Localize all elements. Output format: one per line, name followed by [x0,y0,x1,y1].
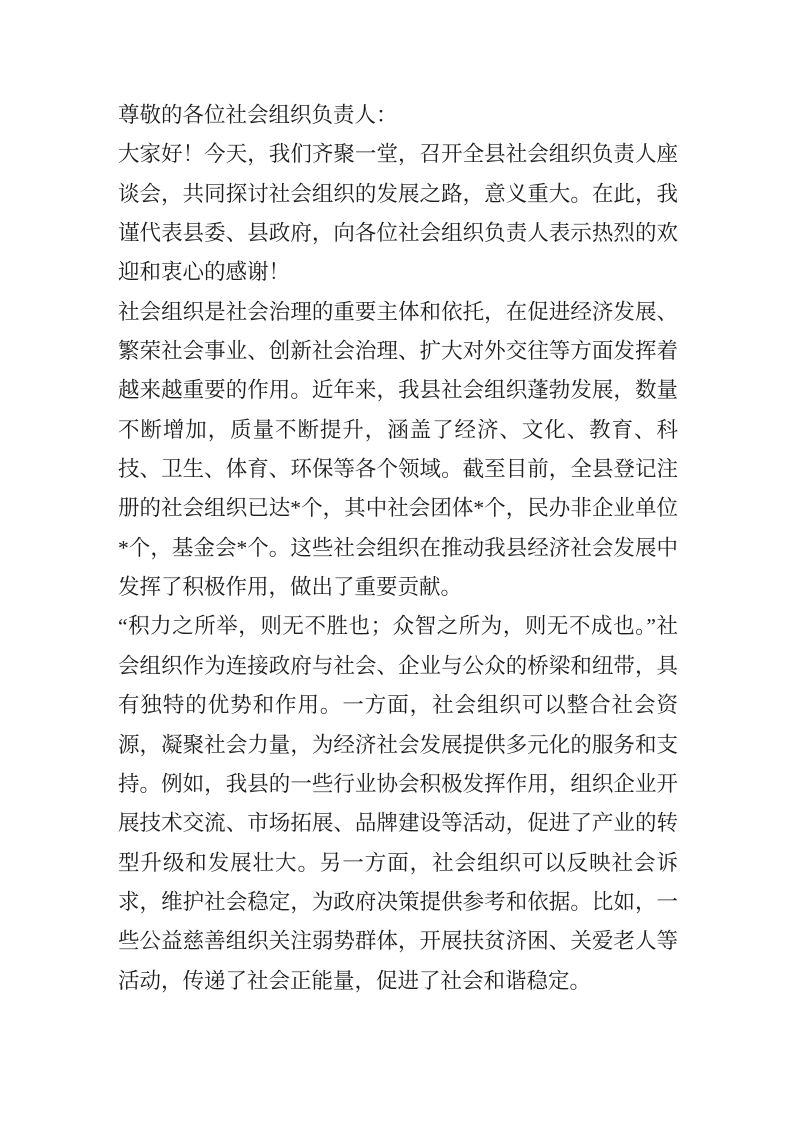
document-body: 尊敬的各位社会组织负责人： 大家好！今天，我们齐聚一堂，召开全县社会组织负责人座… [118,96,678,1001]
document-page: 尊敬的各位社会组织负责人： 大家好！今天，我们齐聚一堂，召开全县社会组织负责人座… [0,0,793,1122]
body-paragraph-overview: 社会组织是社会治理的重要主体和依托，在促进经济发展、繁荣社会事业、创新社会治理、… [118,293,678,608]
body-paragraph-quote: “积力之所举，则无不胜也；众智之所为，则无不成也。”社会组织作为连接政府与社会、… [118,607,678,1000]
greeting-paragraph: 大家好！今天，我们齐聚一堂，召开全县社会组织负责人座谈会，共同探讨社会组织的发展… [118,135,678,292]
salutation-line: 尊敬的各位社会组织负责人： [118,96,678,135]
